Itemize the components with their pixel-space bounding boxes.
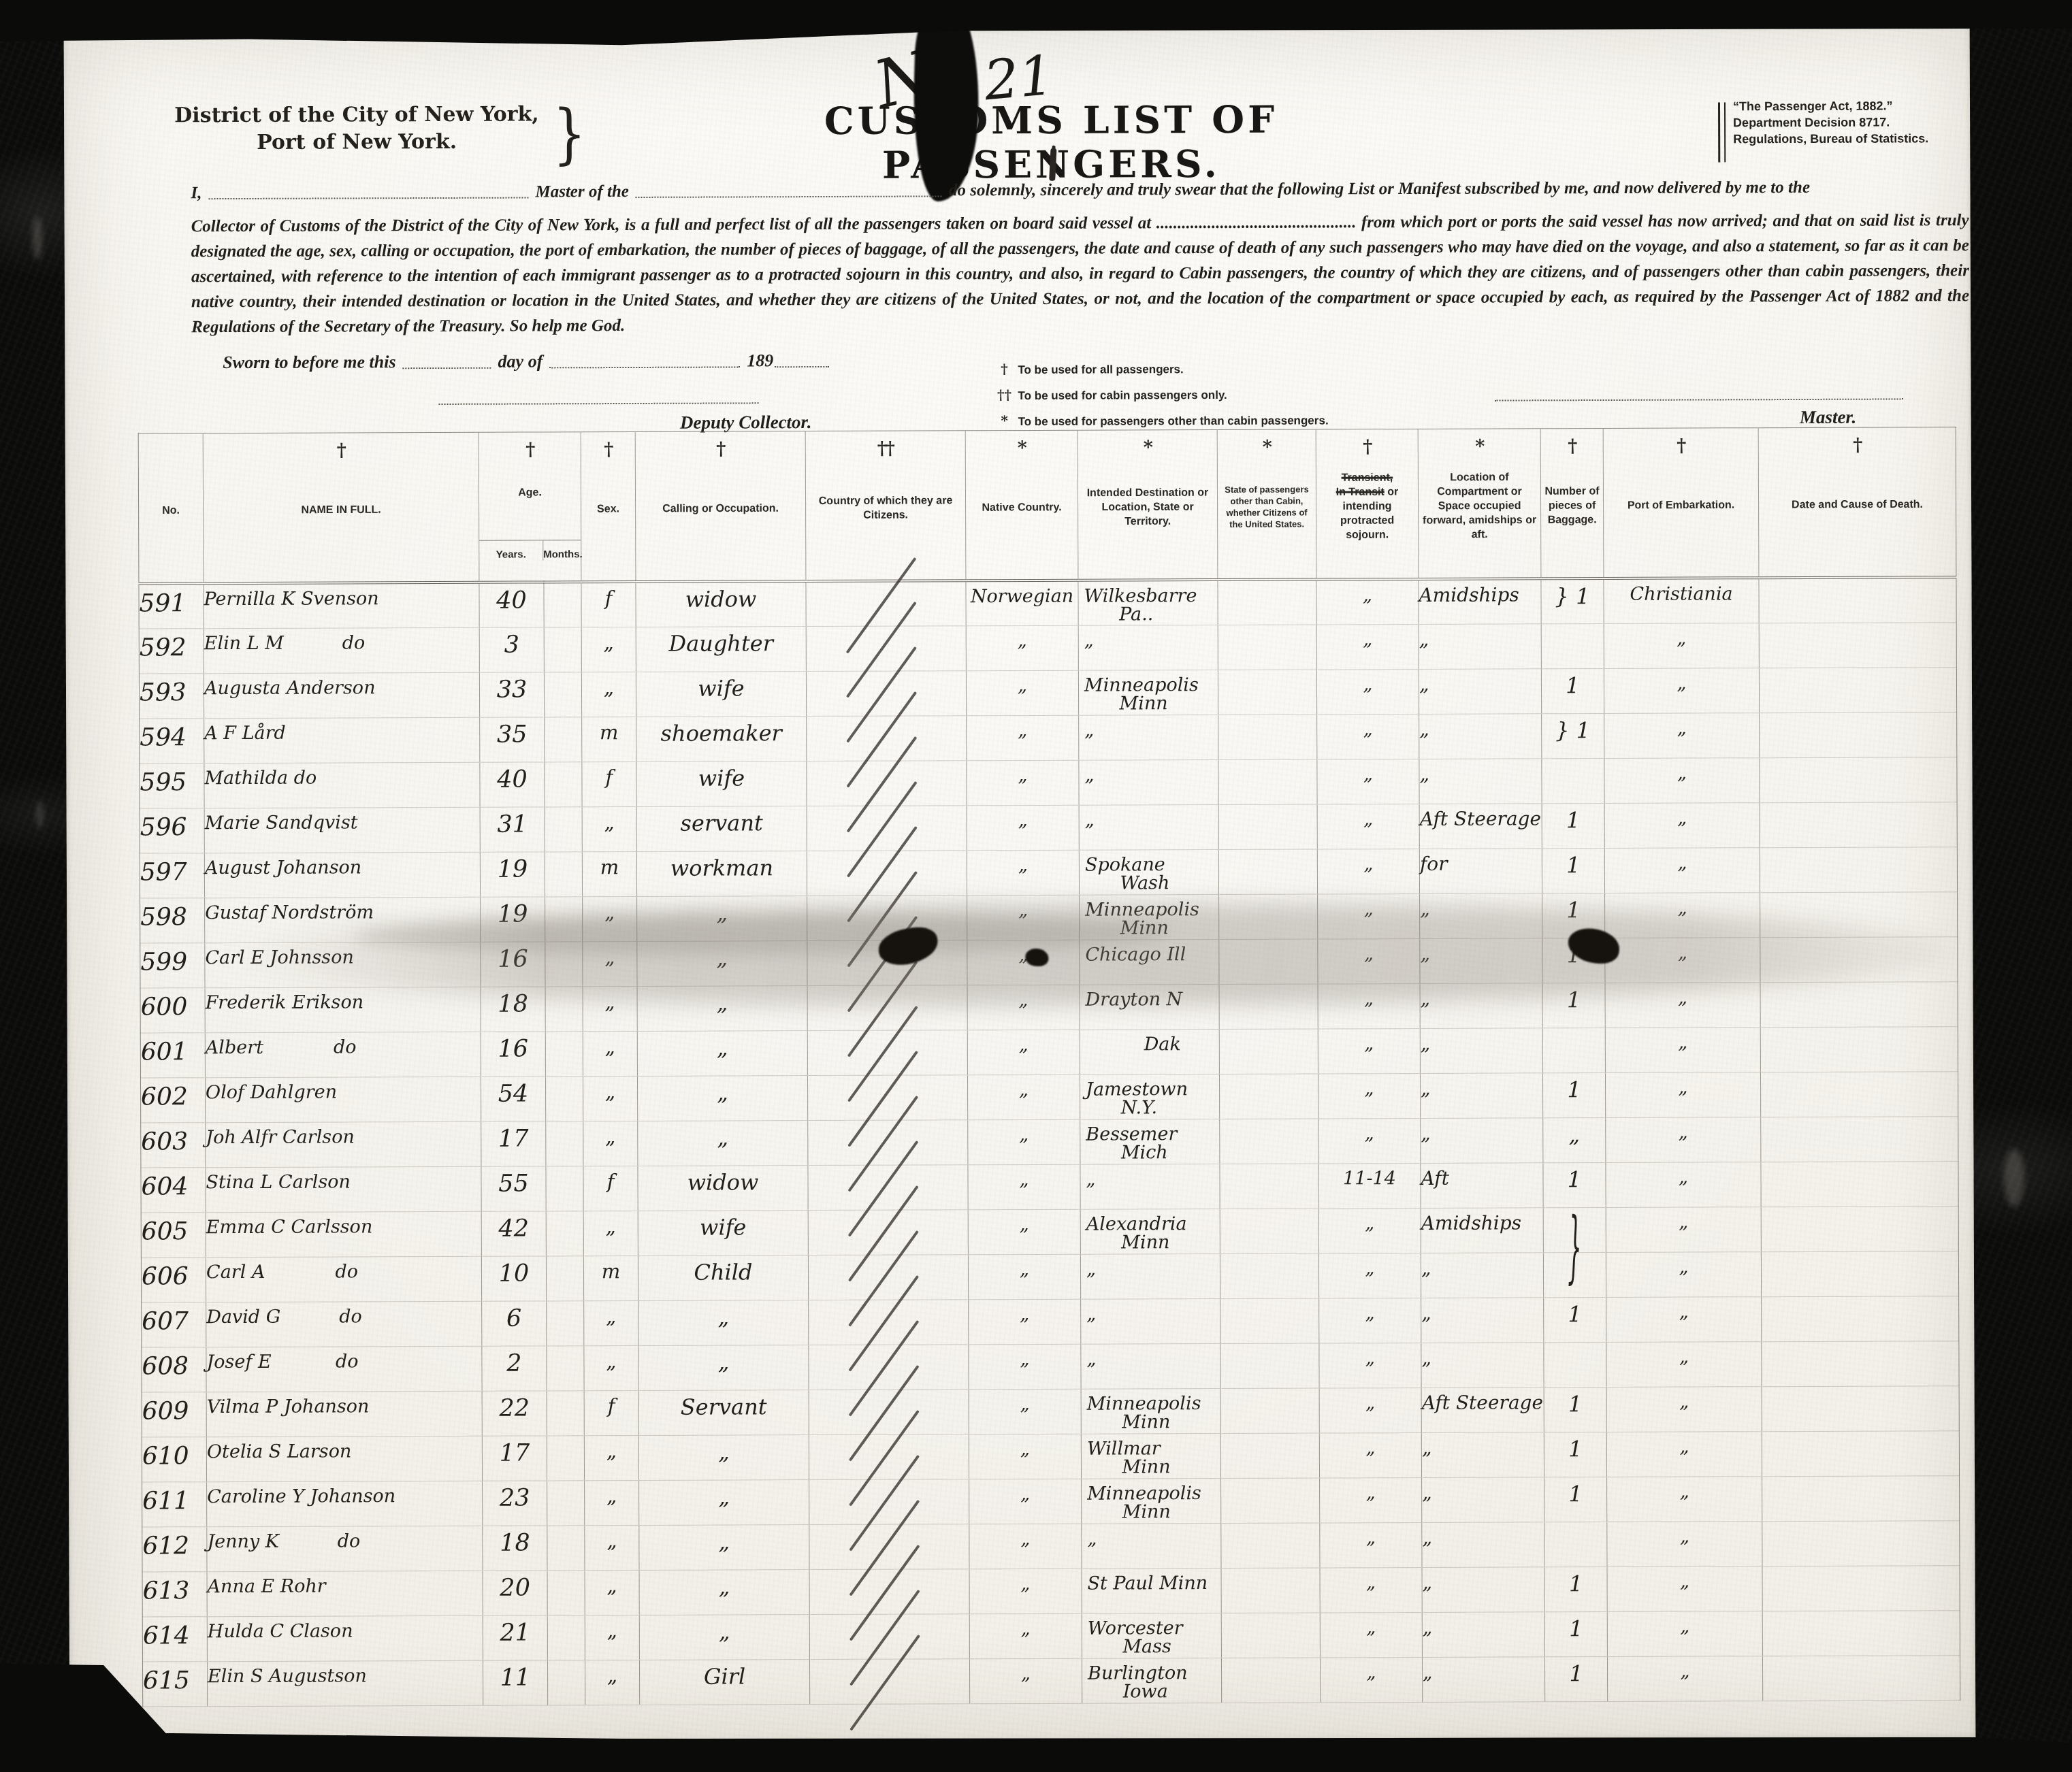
- port-value: „: [1680, 1662, 1689, 1680]
- native-cell: „: [967, 715, 1079, 761]
- compartment-cell: „: [1421, 1342, 1544, 1388]
- sex-cell: „: [585, 1660, 639, 1705]
- sex-cell: „: [581, 672, 636, 717]
- dagger-icon: †: [581, 439, 635, 460]
- legend-text: To be used for cabin passengers only.: [1018, 389, 1227, 402]
- sex-cell: m: [582, 717, 636, 761]
- table-row: 606Carl A do10mChild„„„„„: [141, 1251, 1958, 1302]
- native-value: „: [1019, 1125, 1029, 1143]
- native-cell: „: [968, 1119, 1080, 1165]
- baggage-cell: 1: [1542, 848, 1604, 893]
- years-value: 19: [498, 857, 528, 881]
- no-value: 611: [142, 1489, 189, 1513]
- baggage-cell: [1542, 758, 1604, 803]
- port-cell: „: [1606, 1431, 1762, 1477]
- compartment-value: „: [1421, 1123, 1431, 1143]
- destination-value: Jamestown N.Y.: [1080, 1080, 1188, 1117]
- baggage-cell: „: [1543, 1117, 1606, 1162]
- citizens-cell: [809, 1479, 969, 1524]
- calling-value: „: [719, 1620, 730, 1642]
- death-cell: [1760, 757, 1957, 802]
- sex-cell: „: [584, 1300, 638, 1345]
- baggage-cell: [1544, 1522, 1607, 1566]
- months-cell: [547, 1300, 584, 1345]
- table-row: 594A F Lård35mshoemaker„„„„} 1„: [140, 712, 1957, 763]
- death-cell: [1760, 847, 1957, 892]
- destination-cell: Minneapolis Minn: [1081, 1388, 1220, 1434]
- sex-cell: f: [581, 582, 636, 627]
- port-value: „: [1679, 1168, 1688, 1186]
- native-value: „: [1021, 1574, 1031, 1592]
- sex-value: „: [607, 1621, 617, 1641]
- state-cell: [1218, 804, 1317, 849]
- state-cell: [1220, 1163, 1318, 1209]
- citizens-cell: [809, 1613, 969, 1659]
- native-value: „: [1018, 721, 1027, 739]
- sex-cell: f: [583, 1166, 638, 1211]
- calling-cell: Daughter: [636, 626, 806, 672]
- state-cell: [1218, 759, 1317, 804]
- citizens-cell: [807, 805, 967, 851]
- state-cell: [1218, 579, 1316, 625]
- state-cell: [1220, 1253, 1318, 1298]
- sex-value: „: [606, 1441, 617, 1461]
- port-value: „: [1679, 1213, 1688, 1231]
- compartment-cell: „: [1421, 1297, 1544, 1343]
- asterisk-icon: *: [1218, 436, 1316, 458]
- compartment-cell: Amidships: [1421, 1207, 1543, 1253]
- name-cell: Mathilda do: [204, 762, 480, 808]
- months-cell: [547, 1390, 584, 1435]
- state-cell: [1220, 1298, 1319, 1343]
- years-cell: 54: [481, 1076, 545, 1121]
- table-row: 612Jenny K do18„„„„„„„: [142, 1520, 1960, 1571]
- sex-value: „: [606, 1217, 616, 1236]
- struck-in-transit: In Transit: [1336, 487, 1385, 498]
- death-cell: [1760, 802, 1957, 847]
- compartment-cell: Aft Steerage: [1421, 1387, 1544, 1432]
- calling-cell: Child: [638, 1255, 808, 1300]
- calling-value: widow: [687, 1171, 759, 1193]
- col-compartment: *Location of Compartment or Space occupi…: [1418, 429, 1541, 579]
- name-cell: Olof Dahlgren: [205, 1077, 481, 1122]
- years-cell: 18: [483, 1525, 547, 1570]
- port-value: „: [1680, 1617, 1689, 1635]
- table-row: 614Hulda C Clason21„„„Worcester Mass„„1„: [142, 1610, 1960, 1661]
- years-cell: 10: [481, 1256, 546, 1300]
- sojourn-cell: „: [1318, 1208, 1421, 1253]
- name-cell: Elin S Augustson: [207, 1660, 483, 1706]
- state-cell: [1220, 1118, 1318, 1164]
- years-value: 21: [500, 1621, 530, 1645]
- citizens-cell: [807, 850, 967, 896]
- years-cell: 16: [481, 1031, 545, 1076]
- calling-cell: „: [637, 1075, 807, 1121]
- calling-cell: „: [638, 1300, 809, 1345]
- baggage-cell: 1: [1544, 1387, 1606, 1432]
- baggage-cell: } 1: [1542, 713, 1604, 758]
- years-cell: 40: [480, 761, 545, 806]
- compartment-value: Amidships: [1421, 1213, 1521, 1233]
- years-value: 6: [506, 1307, 521, 1330]
- sex-value: f: [607, 1172, 615, 1192]
- baggage-value: 1: [1568, 1303, 1581, 1325]
- years-cell: 35: [480, 717, 545, 761]
- port-value: „: [1679, 1392, 1689, 1411]
- citizens-cell: [809, 1569, 969, 1614]
- death-cell: [1762, 1565, 1960, 1611]
- death-cell: [1762, 1655, 1960, 1701]
- death-cell: [1761, 1206, 1958, 1251]
- sojourn-value: 11-14: [1343, 1169, 1396, 1187]
- compartment-cell: „: [1419, 623, 1541, 669]
- port-cell: „: [1605, 1072, 1760, 1117]
- no-cell: 603: [141, 1122, 206, 1167]
- months-cell: [545, 806, 582, 851]
- sex-cell: „: [585, 1525, 639, 1570]
- sojourn-value: „: [1365, 1079, 1374, 1098]
- col-label: Transient, In Transit or intending protr…: [1319, 471, 1415, 542]
- baggage-value: 1: [1568, 1483, 1582, 1505]
- port-cell: „: [1606, 1251, 1761, 1297]
- no-cell: 615: [142, 1661, 207, 1706]
- district-heading: District of the City of New York, Port o…: [166, 101, 547, 157]
- death-cell: [1760, 981, 1958, 1027]
- death-cell: [1761, 1161, 1958, 1207]
- years-value: 11: [500, 1666, 531, 1690]
- compartment-value: „: [1421, 1258, 1431, 1277]
- calling-value: „: [719, 1530, 730, 1552]
- calling-cell: widow: [636, 581, 806, 627]
- name-cell: Caroline Y Johanson: [207, 1481, 483, 1526]
- col-label: Location of Compartment or Space occupie…: [1421, 470, 1538, 542]
- port-cell: „: [1607, 1611, 1762, 1656]
- deputy-signature-line: [439, 402, 759, 405]
- calling-cell: widow: [638, 1165, 808, 1211]
- baggage-value: 1: [1568, 1168, 1581, 1190]
- destination-value: „: [1080, 810, 1095, 829]
- port-value: „: [1680, 1482, 1689, 1500]
- native-value: „: [1020, 1349, 1029, 1368]
- native-cell: „: [969, 1569, 1082, 1614]
- col-label: Intended Destination or Location, State …: [1081, 486, 1214, 529]
- years-cell: 33: [479, 672, 544, 717]
- oath-master-of-the: Master of the: [535, 182, 629, 201]
- no-value: 607: [142, 1309, 189, 1334]
- sojourn-value: „: [1363, 586, 1372, 604]
- compartment-cell: „: [1419, 713, 1542, 759]
- act-line-1: “The Passenger Act, 1882.”: [1733, 97, 1978, 114]
- death-cell: [1761, 1251, 1958, 1296]
- struck-transient: Transient,: [1342, 472, 1393, 484]
- calling-value: Girl: [704, 1665, 745, 1687]
- port-value: „: [1679, 1123, 1688, 1141]
- citizens-cell: [807, 1030, 967, 1075]
- compartment-value: „: [1421, 1079, 1431, 1098]
- dagger-icon: †: [1759, 434, 1956, 456]
- port-cell: „: [1606, 1386, 1762, 1432]
- no-cell: 594: [140, 718, 204, 763]
- no-cell: 609: [142, 1392, 206, 1437]
- scan-artifact: [37, 800, 43, 829]
- destination-cell: „: [1081, 1298, 1220, 1344]
- native-cell: „: [966, 625, 1078, 671]
- name-value: Frederik Erikson: [206, 993, 364, 1012]
- calling-value: widow: [685, 588, 757, 610]
- dagger-icon: †: [1316, 436, 1418, 458]
- months-cell: [544, 627, 581, 672]
- state-cell: [1221, 1612, 1320, 1658]
- sojourn-value: „: [1365, 1259, 1374, 1277]
- name-cell: David G do: [206, 1301, 482, 1347]
- no-value: 605: [142, 1219, 189, 1244]
- name-value: Otelia S Larson: [207, 1442, 352, 1461]
- months-cell: [547, 1480, 585, 1525]
- sex-value: f: [606, 768, 613, 787]
- col-label-years: Years.: [479, 540, 543, 560]
- destination-cell: Burlington Iowa: [1082, 1658, 1221, 1703]
- sojourn-value: „: [1363, 810, 1373, 828]
- sex-value: „: [604, 633, 614, 653]
- port-cell: „: [1607, 1566, 1762, 1611]
- years-value: 17: [498, 1127, 529, 1151]
- compartment-cell: for: [1419, 848, 1542, 893]
- native-value: „: [1018, 810, 1028, 829]
- col-calling: †Calling or Occupation.: [635, 431, 806, 582]
- col-native-country: *Native Country.: [965, 430, 1078, 580]
- citizens-cell: [808, 1119, 968, 1165]
- no-cell: 598: [140, 898, 205, 942]
- name-cell: Anna E Rohr: [207, 1571, 483, 1616]
- citizens-cell: [808, 1164, 968, 1210]
- native-cell: „: [967, 760, 1079, 806]
- destination-cell: St Paul Minn: [1082, 1568, 1221, 1613]
- name-cell: Augusta Anderson: [204, 672, 479, 718]
- port-cell: „: [1606, 1296, 1762, 1342]
- death-cell: [1761, 1116, 1958, 1162]
- compartment-cell: Aft Steerage: [1419, 803, 1542, 849]
- months-cell: [546, 1121, 583, 1166]
- native-value: „: [1020, 1215, 1029, 1233]
- destination-cell: Willmar Minn: [1081, 1433, 1220, 1479]
- months-cell: [545, 851, 582, 896]
- port-value: „: [1677, 808, 1687, 827]
- compartment-value: „: [1419, 674, 1429, 693]
- calling-value: „: [717, 1036, 728, 1058]
- years-value: 40: [496, 589, 527, 613]
- native-cell: „: [969, 1613, 1082, 1659]
- sex-value: „: [607, 1666, 617, 1686]
- sex-value: „: [604, 678, 614, 698]
- sojourn-cell: „: [1319, 1432, 1421, 1478]
- col-label: No.: [142, 504, 200, 518]
- name-value: Olof Dahlgren: [206, 1083, 337, 1102]
- native-cell: „: [969, 1524, 1082, 1569]
- name-value: Augusta Anderson: [204, 678, 376, 698]
- destination-value: Alexandria Minn: [1081, 1215, 1187, 1252]
- compartment-value: Amidships: [1419, 585, 1519, 605]
- sojourn-cell: „: [1318, 1253, 1421, 1298]
- months-cell: [544, 672, 581, 717]
- citizens-cell: [807, 1074, 967, 1120]
- years-cell: 22: [482, 1390, 547, 1435]
- calling-cell: Girl: [639, 1659, 809, 1705]
- death-cell: [1759, 667, 1956, 712]
- calling-cell: „: [639, 1614, 809, 1660]
- sojourn-cell: 11-14: [1318, 1163, 1421, 1209]
- native-cell: „: [969, 1434, 1081, 1479]
- death-cell: [1762, 1475, 1960, 1521]
- destination-value: Worcester Mass: [1082, 1619, 1183, 1656]
- no-value: 591: [139, 591, 186, 616]
- state-cell: [1218, 714, 1317, 759]
- compartment-cell: „: [1421, 1432, 1544, 1477]
- sojourn-cell: „: [1317, 714, 1419, 759]
- col-destination: *Intended Destination or Location, State…: [1078, 429, 1218, 580]
- compartment-cell: „: [1419, 668, 1541, 714]
- destination-value: „: [1082, 1529, 1097, 1547]
- baggage-value: 1: [1568, 1393, 1582, 1415]
- native-cell: „: [969, 1479, 1082, 1524]
- native-value: „: [1020, 1484, 1030, 1503]
- sex-cell: f: [582, 761, 636, 806]
- name-cell: Joh Alfr Carlson: [206, 1121, 481, 1167]
- sex-cell: „: [585, 1570, 639, 1615]
- destination-value: Willmar Minn: [1082, 1439, 1171, 1476]
- sojourn-value: „: [1366, 1573, 1376, 1592]
- destination-value: Spokane Wash: [1080, 855, 1169, 892]
- port-value: „: [1677, 629, 1686, 647]
- table-row: 591Pernilla K Svenson40fwidowNorwegianWi…: [139, 577, 1956, 628]
- sex-value: „: [606, 1307, 616, 1326]
- calling-value: „: [717, 1081, 728, 1103]
- sojourn-cell: „: [1320, 1567, 1422, 1613]
- oath-line1-text: do solemnly, sincerely and truly swear t…: [949, 178, 1810, 200]
- port-cell: „: [1607, 1521, 1762, 1566]
- native-cell: „: [967, 805, 1079, 851]
- no-value: 609: [142, 1399, 189, 1424]
- sojourn-value: „: [1363, 675, 1372, 693]
- no-cell: 612: [142, 1526, 207, 1571]
- name-cell: A F Lård: [204, 717, 480, 763]
- table-row: 603Joh Alfr Carlson17„„„Bessemer Mich„„„…: [141, 1116, 1958, 1167]
- col-label: Calling or Occupation.: [638, 502, 803, 516]
- sojourn-cell: „: [1316, 669, 1419, 715]
- destination-cell: Bessemer Mich: [1080, 1119, 1220, 1164]
- col-port: †Port of Embarkation.: [1603, 428, 1759, 578]
- no-value: 593: [140, 680, 187, 705]
- port-cell: „: [1605, 1027, 1760, 1072]
- state-cell: [1219, 1073, 1318, 1119]
- compartment-cell: „: [1420, 1072, 1542, 1118]
- baggage-cell: 1: [1544, 1566, 1607, 1611]
- state-cell: [1219, 1028, 1318, 1074]
- compartment-value: „: [1421, 1034, 1431, 1053]
- destination-value: „: [1081, 1305, 1096, 1323]
- legend-text: To be used for all passengers.: [1018, 363, 1183, 376]
- no-cell: 601: [140, 1032, 205, 1077]
- death-cell: [1759, 577, 1956, 623]
- port-cell: Christiania: [1604, 578, 1759, 623]
- port-cell: „: [1606, 1162, 1761, 1207]
- master-signature-line: [1495, 398, 1903, 401]
- sex-cell: „: [581, 627, 636, 672]
- port-cell: „: [1604, 802, 1760, 848]
- no-value: 592: [140, 636, 187, 660]
- baggage-value: 1: [1566, 674, 1579, 696]
- sojourn-cell: „: [1317, 759, 1419, 804]
- native-value: „: [1021, 1619, 1031, 1637]
- port-cell: „: [1606, 1207, 1761, 1252]
- port-value: „: [1679, 1302, 1689, 1321]
- years-cell: 3: [479, 627, 544, 672]
- no-value: 606: [142, 1264, 189, 1289]
- sojourn-value: „: [1365, 1394, 1375, 1412]
- name-value: Joh Alfr Carlson: [206, 1128, 355, 1147]
- years-cell: 17: [482, 1435, 547, 1480]
- dagger-icon: †: [479, 439, 581, 461]
- name-cell: Stina L Carlson: [206, 1166, 481, 1212]
- table-row: 613Anna E Rohr20„„„St Paul Minn„„1„: [142, 1565, 1960, 1616]
- baggage-cell: 1: [1544, 1611, 1607, 1656]
- baggage-cell: } 1: [1541, 578, 1604, 623]
- table-row: 604Stina L Carlson55fwidow„„11-14Aft1„: [141, 1161, 1958, 1212]
- sex-value: „: [606, 1486, 617, 1506]
- calling-value: servant: [680, 812, 762, 834]
- sex-cell: m: [582, 851, 636, 896]
- sojourn-value: „: [1365, 1304, 1375, 1322]
- table-header: No. †NAME IN FULL. † Age. Years. Months.…: [138, 427, 1956, 584]
- passenger-table: No. †NAME IN FULL. † Age. Years. Months.…: [138, 427, 1961, 1707]
- destination-value: „: [1079, 766, 1094, 784]
- calling-cell: „: [638, 1434, 809, 1480]
- sojourn-value: „: [1365, 1214, 1374, 1232]
- dagger-icon: †: [1541, 436, 1603, 457]
- name-value: Emma C Carlsson: [206, 1217, 373, 1236]
- calling-cell: workman: [636, 851, 807, 896]
- state-cell: [1221, 1567, 1320, 1613]
- destination-cell: „: [1079, 759, 1218, 805]
- years-value: 10: [499, 1262, 530, 1285]
- months-cell: [545, 717, 582, 761]
- col-citizens: ††Country of which they are Citizens.: [805, 431, 966, 581]
- col-label: Port of Embarkation.: [1606, 498, 1755, 513]
- native-value: „: [1018, 855, 1028, 874]
- calling-cell: „: [639, 1524, 809, 1570]
- death-cell: [1760, 712, 1957, 757]
- age-subcolumns: Years. Months.: [479, 540, 581, 561]
- calling-cell: wife: [636, 761, 807, 806]
- calling-cell: „: [639, 1569, 809, 1615]
- citizens-cell: [809, 1658, 969, 1704]
- name-cell: Pernilla K Svenson: [204, 583, 479, 628]
- sojourn-value: „: [1363, 720, 1373, 738]
- sex-value: „: [607, 1576, 617, 1596]
- compartment-cell: „: [1422, 1477, 1544, 1522]
- legend-text: To be used for passengers other than cab…: [1018, 414, 1329, 428]
- table-row: 611Caroline Y Johanson23„„„Minneapolis M…: [142, 1475, 1960, 1526]
- no-value: 601: [141, 1040, 188, 1064]
- destination-value: Minneapolis Minn: [1082, 1484, 1201, 1522]
- calling-value: „: [718, 1441, 730, 1462]
- compartment-cell: „: [1422, 1522, 1544, 1567]
- state-cell: [1220, 1388, 1319, 1433]
- oath-paragraph: Collector of Customs of the District of …: [191, 208, 1970, 340]
- native-cell: „: [966, 670, 1078, 716]
- sojourn-cell: „: [1319, 1343, 1421, 1388]
- table-row: 602Olof Dahlgren54„„„Jamestown N.Y.„„1„: [140, 1071, 1958, 1122]
- citizens-cell: [808, 1254, 968, 1300]
